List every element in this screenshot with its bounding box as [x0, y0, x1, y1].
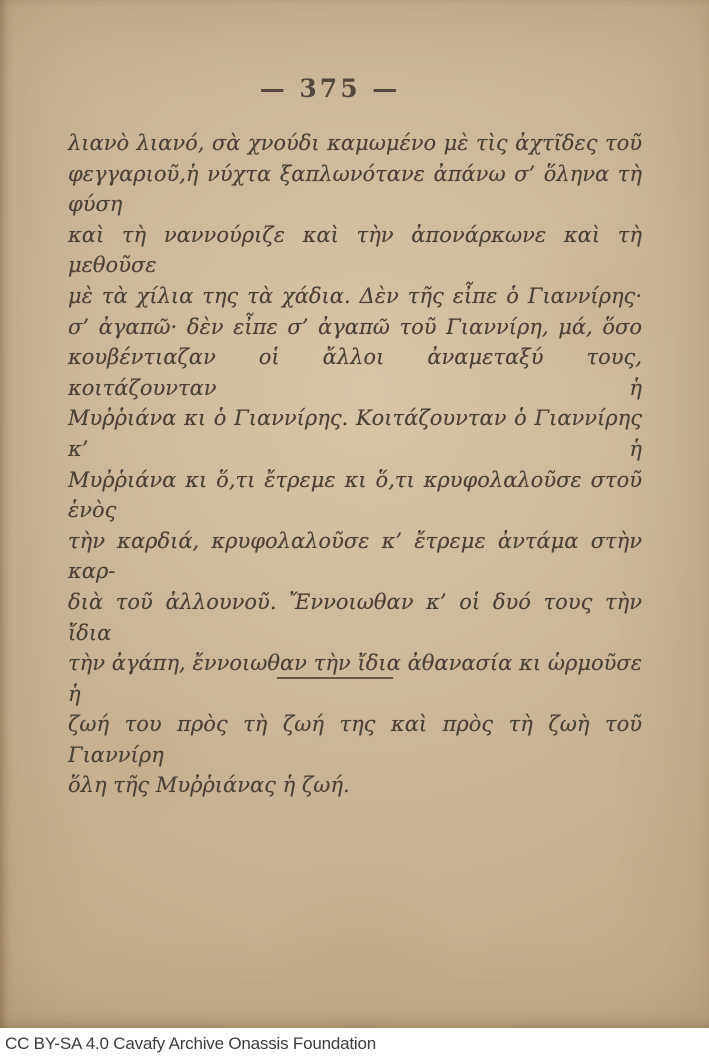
text-line: μὲ τὰ χίλια της τὰ χάδια. Δὲν τῆς εἶπε ὁ…	[68, 281, 642, 312]
license-text: CC BY-SA 4.0 Cavafy Archive Onassis Foun…	[0, 1034, 376, 1054]
license-bar: CC BY-SA 4.0 Cavafy Archive Onassis Foun…	[0, 1028, 709, 1060]
section-divider	[277, 677, 393, 679]
text-line: λιανὸ λιανό, σὰ χνούδι καμωμένο μὲ τὶς ἀ…	[68, 128, 642, 159]
text-line: ζωή του πρὸς τὴ ζωή της καὶ πρὸς τὴ ζωὴ …	[68, 709, 642, 770]
text-line: κουβέντιαζαν οἱ ἄλλοι ἀναμεταξύ τους, κο…	[68, 342, 642, 403]
text-line: σ’ ἀγαπῶ· δὲν εἶπε σ’ ἀγαπῶ τοῦ Γιαννίρη…	[68, 312, 642, 343]
scanned-book-page: — 375 — λιανὸ λιανό, σὰ χνούδι καμωμένο …	[0, 0, 709, 1060]
text-line: καὶ τὴ ναννούριζε καὶ τὴν ἀπονάρκωνε καὶ…	[68, 220, 642, 281]
text-line: φεγγαριοῦ,ἡ νύχτα ξαπλωνότανε ἀπάνω σ’ ὅ…	[68, 159, 642, 220]
text-line: διὰ τοῦ ἀλλουνοῦ. Ἔννοιωθαν κ’ οἱ δυό το…	[68, 587, 642, 648]
text-line: τὴν καρδιά, κρυφολαλοῦσε κ’ ἔτρεμε ἀντάμ…	[68, 526, 642, 587]
text-line: Μυῤῥιάνα κι ὁ Γιαννίρης. Κοιτάζουνταν ὁ …	[68, 403, 642, 464]
text-line: Μυῤῥιάνα κι ὅ,τι ἔτρεμε κι ὅ,τι κρυφολαλ…	[68, 465, 642, 526]
text-line: ὅλη τῆς Μυῤῥιάνας ἡ ζωή.	[68, 770, 642, 801]
body-paragraph: λιανὸ λιανό, σὰ χνούδι καμωμένο μὲ τὶς ἀ…	[68, 128, 642, 801]
page-number: — 375 —	[0, 74, 660, 103]
